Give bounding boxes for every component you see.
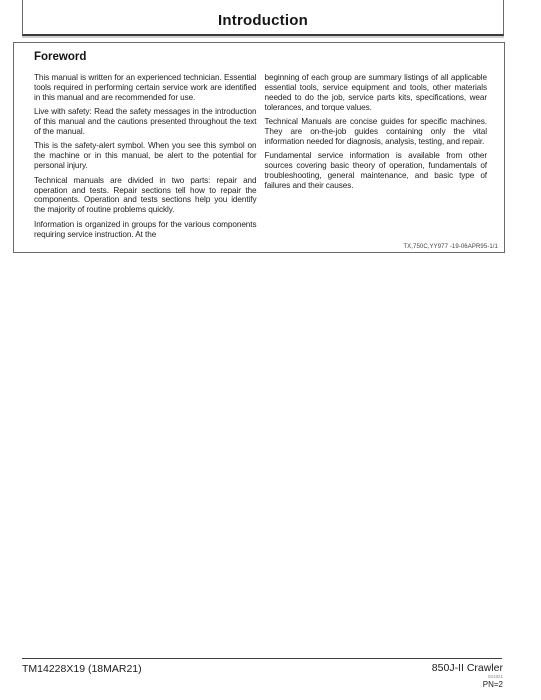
page-number: PN=2 xyxy=(432,680,503,689)
paragraph: Technical Manuals are concise guides for… xyxy=(265,117,488,147)
section-heading: Foreword xyxy=(34,51,487,63)
right-column: beginning of each group are summary list… xyxy=(265,73,488,244)
paragraph: This is the safety-alert symbol. When yo… xyxy=(34,141,257,171)
paragraph: Live with safety: Read the safety messag… xyxy=(34,107,257,137)
paragraph: Technical manuals are divided in two par… xyxy=(34,176,257,216)
model-name: 850J-II Crawler xyxy=(432,663,503,674)
intro-header-box: Introduction xyxy=(22,0,504,36)
foreword-section: Foreword This manual is written for an e… xyxy=(13,42,505,253)
paragraph: This manual is written for an experience… xyxy=(34,73,257,103)
footer-right-block: 850J-II Crawler 031821 PN=2 xyxy=(432,663,503,689)
left-column: This manual is written for an experience… xyxy=(34,73,257,244)
manual-page: { "header": { "title": "Introduction" },… xyxy=(0,0,541,700)
manual-number: TM14228X19 (18MAR21) xyxy=(22,663,142,675)
page-title: Introduction xyxy=(218,12,308,34)
paragraph: beginning of each group are summary list… xyxy=(265,73,488,113)
paragraph: Information is organized in groups for t… xyxy=(34,220,257,240)
print-code: 031821 xyxy=(432,674,503,679)
paragraph: Fundamental service information is avail… xyxy=(265,151,488,191)
footer-divider xyxy=(22,658,502,659)
reference-code: TX,750C,YY977 -19-06APR95-1/1 xyxy=(403,244,498,250)
two-column-text: This manual is written for an experience… xyxy=(34,73,487,244)
